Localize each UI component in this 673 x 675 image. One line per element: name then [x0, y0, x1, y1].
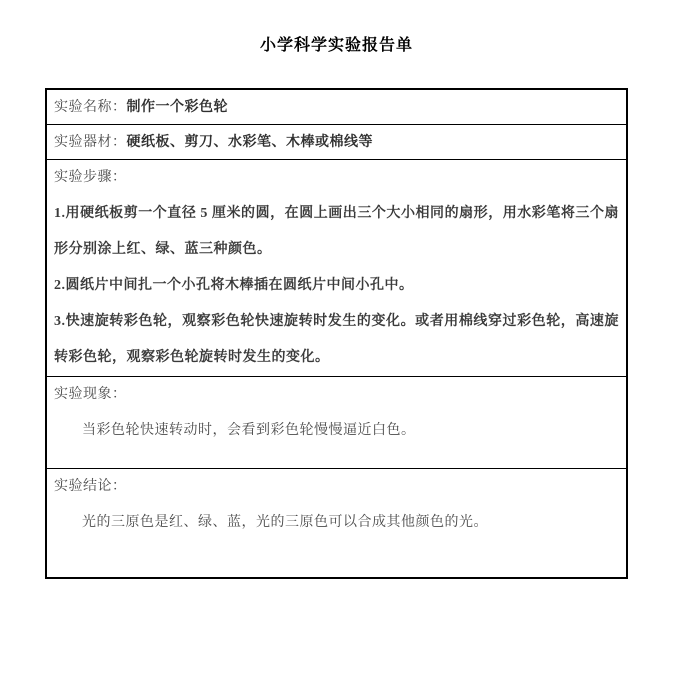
experiment-conclusion-content: 光的三原色是红、绿、蓝，光的三原色可以合成其他颜色的光。 [54, 505, 619, 541]
table-row-experiment-steps: 实验步骤： 1.用硬纸板剪一个直径 5 厘米的圆，在圆上画出三个大小相同的扇形，… [47, 160, 626, 377]
document-title: 小学科学实验报告单 [0, 36, 673, 56]
experiment-phenomenon-label: 实验现象： [54, 377, 619, 413]
experiment-step-1: 1.用硬纸板剪一个直径 5 厘米的圆，在圆上画出三个大小相同的扇形，用水彩笔将三… [54, 196, 619, 268]
experiment-report-table: 实验名称：制作一个彩色轮 实验器材：硬纸板、剪刀、水彩笔、木棒或棉线等 实验步骤… [45, 88, 628, 579]
experiment-steps-label: 实验步骤： [54, 160, 619, 196]
experiment-step-2: 2.圆纸片中间扎一个小孔将木棒插在圆纸片中间小孔中。 [54, 268, 619, 304]
document-page: 小学科学实验报告单 实验名称：制作一个彩色轮 实验器材：硬纸板、剪刀、水彩笔、木… [0, 0, 673, 675]
experiment-step-3: 3.快速旋转彩色轮，观察彩色轮快速旋转时发生的变化。或者用棉线穿过彩色轮，高速旋… [54, 304, 619, 376]
experiment-name-label: 实验名称： [54, 100, 127, 115]
experiment-phenomenon-content: 当彩色轮快速转动时，会看到彩色轮慢慢逼近白色。 [54, 413, 619, 449]
table-row-experiment-conclusion: 实验结论： 光的三原色是红、绿、蓝，光的三原色可以合成其他颜色的光。 [47, 469, 626, 577]
experiment-name-value: 制作一个彩色轮 [127, 100, 229, 115]
experiment-conclusion-label: 实验结论： [54, 469, 619, 505]
table-row-experiment-equipment: 实验器材：硬纸板、剪刀、水彩笔、木棒或棉线等 [47, 125, 626, 160]
table-row-experiment-name: 实验名称：制作一个彩色轮 [47, 90, 626, 125]
table-row-experiment-phenomenon: 实验现象： 当彩色轮快速转动时，会看到彩色轮慢慢逼近白色。 [47, 377, 626, 469]
experiment-equipment-value: 硬纸板、剪刀、水彩笔、木棒或棉线等 [127, 135, 374, 150]
experiment-equipment-label: 实验器材： [54, 135, 127, 150]
